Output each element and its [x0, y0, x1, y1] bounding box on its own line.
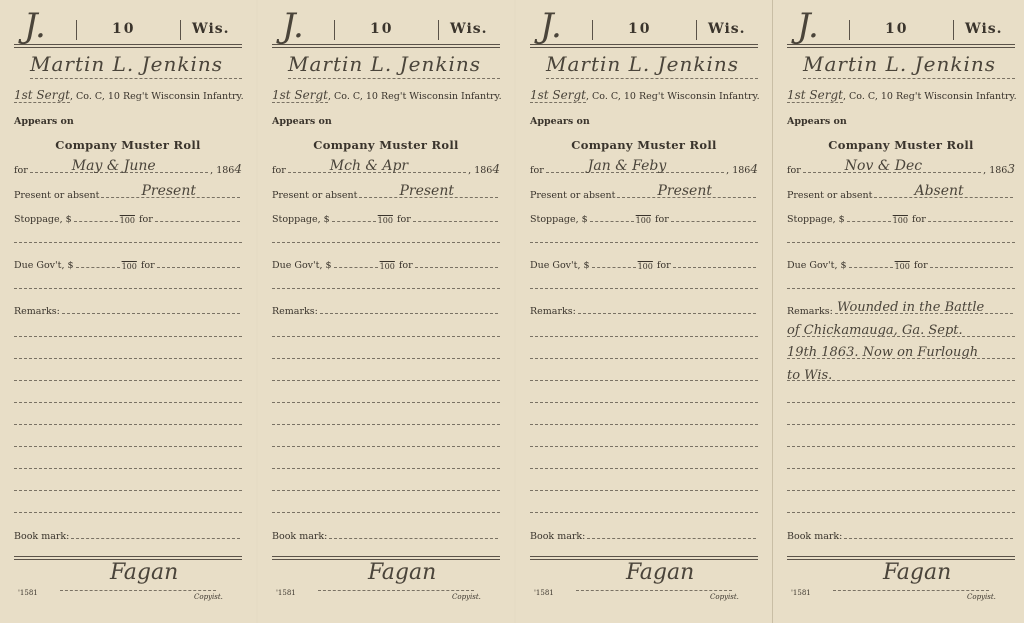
blank-line	[272, 424, 500, 425]
regiment-number: 10	[112, 21, 135, 37]
blank-line	[14, 424, 242, 425]
stoppage-label: Stoppage, $	[530, 214, 588, 225]
status-field: Present	[101, 183, 240, 198]
due-gov-label: Due Gov't, $	[14, 260, 74, 271]
muster-card: J. 10 Wis. Martin L. Jenkins 1st Sergt, …	[772, 0, 1024, 623]
period-line: for Nov & Dec , 1863	[787, 158, 1015, 176]
period-field: May & June	[30, 158, 208, 173]
remarks-label: Remarks:	[14, 306, 60, 317]
status-value: Present	[399, 183, 454, 199]
status-field: Present	[359, 183, 498, 198]
present-line: Present or absent Present	[530, 183, 758, 201]
for-label: for	[139, 214, 153, 225]
appears-on-label: Appears on	[530, 116, 590, 127]
regiment-number: 10	[885, 21, 908, 37]
appears-on-label: Appears on	[787, 116, 847, 127]
blank-line	[530, 490, 758, 491]
state-abbrev: Wis.	[965, 21, 1003, 37]
period-line: for May & June , 1864	[14, 158, 242, 176]
soldier-rank: 1st Sergt	[530, 88, 586, 103]
stoppage-line: Stoppage, $ 100 for	[14, 207, 242, 225]
muster-card: J. 10 Wis. Martin L. Jenkins 1st Sergt, …	[258, 0, 514, 623]
due-amount	[849, 257, 893, 268]
surname-initial: J.	[24, 6, 46, 46]
surname-initial: J.	[282, 6, 304, 46]
for-label: for	[655, 214, 669, 225]
blank-line	[530, 358, 758, 359]
year-field: , 1864	[210, 162, 242, 176]
due-amount	[592, 257, 636, 268]
blank-line	[272, 402, 500, 403]
roll-title: Company Muster Roll	[258, 138, 514, 152]
muster-roll-cards-sheet: J. 10 Wis. Martin L. Jenkins 1st Sergt, …	[0, 0, 1024, 623]
blank-line	[14, 288, 242, 289]
blank-line	[272, 468, 500, 469]
copyist-line	[576, 590, 732, 591]
appears-on-label: Appears on	[14, 116, 74, 127]
status-value: Present	[657, 183, 712, 199]
header-rule	[787, 44, 1015, 48]
year-digit: 4	[750, 162, 758, 176]
soldier-name: Martin L. Jenkins	[546, 52, 758, 79]
blank-line	[787, 288, 1015, 289]
copyist-label: Copyist.	[194, 593, 223, 601]
year-field: , 1864	[726, 162, 758, 176]
copyist-line	[833, 590, 989, 591]
blank-line	[272, 512, 500, 513]
header-divider	[334, 20, 335, 40]
period-value: Jan & Feby	[588, 158, 666, 174]
blank-line	[530, 468, 758, 469]
form-number: '1581	[18, 589, 38, 597]
unit-text: , Co. C, 10 Reg't Wisconsin Infantry.	[586, 91, 760, 102]
cents-mark: 100	[893, 216, 908, 225]
rank-unit-line: 1st Sergt, Co. C, 10 Reg't Wisconsin Inf…	[272, 88, 502, 102]
surname-initial: J.	[540, 6, 562, 46]
card-header: J. 10 Wis.	[787, 14, 1015, 44]
present-label: Present or absent	[530, 190, 615, 201]
unit-text: , Co. C, 10 Reg't Wisconsin Infantry.	[328, 91, 502, 102]
for-label: for	[912, 214, 926, 225]
remarks-handwriting: Wounded in the Battleof Chickamauga, Ga.…	[787, 297, 1017, 387]
blank-line	[14, 468, 242, 469]
cents-mark: 100	[120, 216, 135, 225]
blank-line	[272, 446, 500, 447]
remarks-line: Remarks:	[14, 299, 242, 317]
rank-unit-line: 1st Sergt, Co. C, 10 Reg't Wisconsin Inf…	[787, 88, 1017, 102]
blank-line	[787, 242, 1015, 243]
rank-unit-line: 1st Sergt, Co. C, 10 Reg't Wisconsin Inf…	[14, 88, 244, 102]
present-line: Present or absent Present	[14, 183, 242, 201]
card-header: J. 10 Wis.	[14, 14, 242, 44]
blank-line	[530, 446, 758, 447]
stoppage-amount	[332, 211, 376, 222]
rank-unit-line: 1st Sergt, Co. C, 10 Reg't Wisconsin Inf…	[530, 88, 760, 102]
for-label: for	[397, 214, 411, 225]
present-label: Present or absent	[272, 190, 357, 201]
status-value: Present	[141, 183, 196, 199]
form-number: '1581	[791, 589, 811, 597]
card-header: J. 10 Wis.	[272, 14, 500, 44]
remarks-label: Remarks:	[530, 306, 576, 317]
stoppage-reason	[155, 207, 240, 222]
bookmark-label: Book mark:	[272, 531, 327, 542]
year-field: , 1864	[468, 162, 500, 176]
blank-line	[787, 512, 1015, 513]
cents-mark: 100	[122, 262, 137, 271]
bookmark-line: Book mark:	[14, 524, 242, 542]
present-line: Present or absent Absent	[787, 183, 1015, 201]
due-reason	[415, 253, 498, 268]
soldier-name: Martin L. Jenkins	[30, 52, 242, 79]
bookmark-label: Book mark:	[14, 531, 69, 542]
blank-line	[787, 468, 1015, 469]
due-gov-line: Due Gov't, $ 100 for	[272, 253, 500, 271]
state-abbrev: Wis.	[192, 21, 230, 37]
for-label: for	[14, 165, 28, 176]
due-gov-line: Due Gov't, $ 100 for	[530, 253, 758, 271]
regiment-number: 10	[370, 21, 393, 37]
soldier-rank: 1st Sergt	[14, 88, 70, 103]
remarks-field	[578, 299, 756, 314]
blank-line	[530, 512, 758, 513]
for-label: for	[657, 260, 671, 271]
blank-line	[530, 336, 758, 337]
soldier-name: Martin L. Jenkins	[803, 52, 1015, 79]
copyist-line	[60, 590, 216, 591]
stoppage-line: Stoppage, $ 100 for	[787, 207, 1015, 225]
period-line: for Jan & Feby , 1864	[530, 158, 758, 176]
bookmark-field	[587, 524, 756, 539]
unit-text: , Co. C, 10 Reg't Wisconsin Infantry.	[70, 91, 244, 102]
blank-line	[14, 336, 242, 337]
status-value: Absent	[914, 183, 963, 199]
cents-mark: 100	[636, 216, 651, 225]
stoppage-amount	[847, 211, 891, 222]
for-label: for	[272, 165, 286, 176]
remarks-text-line: of Chickamauga, Ga. Sept.	[787, 320, 1017, 343]
copyist-signature: Fagan	[626, 560, 694, 585]
blank-line	[787, 402, 1015, 403]
blank-line	[272, 242, 500, 243]
due-amount	[76, 257, 120, 268]
copyist-label: Copyist.	[452, 593, 481, 601]
blank-line	[14, 490, 242, 491]
year-digit: 4	[234, 162, 242, 176]
roll-title: Company Muster Roll	[773, 138, 1024, 152]
appears-on-label: Appears on	[272, 116, 332, 127]
roll-title: Company Muster Roll	[516, 138, 772, 152]
surname-initial: J.	[797, 6, 819, 46]
header-divider	[76, 20, 77, 40]
stoppage-amount	[590, 211, 634, 222]
cents-mark: 100	[638, 262, 653, 271]
blank-line	[272, 336, 500, 337]
cents-mark: 100	[378, 216, 393, 225]
form-number: '1581	[534, 589, 554, 597]
header-divider	[696, 20, 697, 40]
header-divider	[438, 20, 439, 40]
copyist-label: Copyist.	[967, 593, 996, 601]
due-gov-line: Due Gov't, $ 100 for	[14, 253, 242, 271]
state-abbrev: Wis.	[708, 21, 746, 37]
blank-line	[530, 288, 758, 289]
blank-line	[787, 490, 1015, 491]
blank-line	[272, 380, 500, 381]
blank-line	[530, 402, 758, 403]
bookmark-line: Book mark:	[530, 524, 758, 542]
blank-line	[530, 380, 758, 381]
year-prefix: , 186	[983, 165, 1007, 176]
year-prefix: , 186	[468, 165, 492, 176]
blank-line	[787, 424, 1015, 425]
cents-mark: 100	[895, 262, 910, 271]
status-field: Present	[617, 183, 756, 198]
blank-line	[272, 288, 500, 289]
stoppage-label: Stoppage, $	[14, 214, 72, 225]
copyist-signature: Fagan	[368, 560, 436, 585]
header-rule	[272, 44, 500, 48]
header-rule	[530, 44, 758, 48]
copyist-label: Copyist.	[710, 593, 739, 601]
year-prefix: , 186	[726, 165, 750, 176]
due-gov-label: Due Gov't, $	[787, 260, 847, 271]
period-value: Mch & Apr	[330, 158, 408, 174]
soldier-rank: 1st Sergt	[787, 88, 843, 103]
blank-line	[14, 512, 242, 513]
header-divider	[849, 20, 850, 40]
stoppage-reason	[413, 207, 498, 222]
roll-title: Company Muster Roll	[0, 138, 256, 152]
period-value: Nov & Dec	[845, 158, 922, 174]
remarks-field	[62, 299, 240, 314]
year-prefix: , 186	[210, 165, 234, 176]
bookmark-line: Book mark:	[787, 524, 1015, 542]
header-divider	[180, 20, 181, 40]
stoppage-line: Stoppage, $ 100 for	[530, 207, 758, 225]
stoppage-line: Stoppage, $ 100 for	[272, 207, 500, 225]
cents-mark: 100	[380, 262, 395, 271]
blank-line	[14, 446, 242, 447]
due-reason	[930, 253, 1013, 268]
muster-card: J. 10 Wis. Martin L. Jenkins 1st Sergt, …	[0, 0, 256, 623]
soldier-name: Martin L. Jenkins	[288, 52, 500, 79]
period-field: Jan & Feby	[546, 158, 724, 173]
remarks-text-line: 19th 1863. Now on Furlough	[787, 342, 1017, 365]
blank-line	[272, 358, 500, 359]
year-digit: 3	[1007, 162, 1015, 176]
bookmark-field	[329, 524, 498, 539]
blank-line	[530, 242, 758, 243]
blank-line	[14, 402, 242, 403]
present-line: Present or absent Present	[272, 183, 500, 201]
year-field: , 1863	[983, 162, 1015, 176]
due-gov-label: Due Gov't, $	[530, 260, 590, 271]
unit-text: , Co. C, 10 Reg't Wisconsin Infantry.	[843, 91, 1017, 102]
remarks-label: Remarks:	[272, 306, 318, 317]
period-value: May & June	[72, 158, 156, 174]
blank-line	[530, 424, 758, 425]
for-label: for	[914, 260, 928, 271]
due-gov-label: Due Gov't, $	[272, 260, 332, 271]
blank-line	[787, 446, 1015, 447]
header-divider	[592, 20, 593, 40]
copyist-signature: Fagan	[883, 560, 951, 585]
form-number: '1581	[276, 589, 296, 597]
copyist-line	[318, 590, 474, 591]
due-gov-line: Due Gov't, $ 100 for	[787, 253, 1015, 271]
remarks-text-line: Wounded in the Battle	[787, 297, 1017, 320]
regiment-number: 10	[628, 21, 651, 37]
stoppage-amount	[74, 211, 118, 222]
for-label: for	[141, 260, 155, 271]
bookmark-line: Book mark:	[272, 524, 500, 542]
year-digit: 4	[492, 162, 500, 176]
stoppage-label: Stoppage, $	[787, 214, 845, 225]
blank-line	[14, 358, 242, 359]
due-amount	[334, 257, 378, 268]
copyist-signature: Fagan	[110, 560, 178, 585]
remarks-line: Remarks:	[272, 299, 500, 317]
bookmark-field	[71, 524, 240, 539]
remarks-field	[320, 299, 498, 314]
stoppage-reason	[928, 207, 1013, 222]
stoppage-label: Stoppage, $	[272, 214, 330, 225]
muster-card: J. 10 Wis. Martin L. Jenkins 1st Sergt, …	[516, 0, 772, 623]
header-divider	[953, 20, 954, 40]
bookmark-label: Book mark:	[787, 531, 842, 542]
for-label: for	[787, 165, 801, 176]
blank-line	[14, 380, 242, 381]
blank-line	[14, 242, 242, 243]
remarks-line: Remarks:	[530, 299, 758, 317]
card-header: J. 10 Wis.	[530, 14, 758, 44]
for-label: for	[399, 260, 413, 271]
due-reason	[673, 253, 756, 268]
state-abbrev: Wis.	[450, 21, 488, 37]
present-label: Present or absent	[787, 190, 872, 201]
blank-line	[272, 490, 500, 491]
remarks-text-line: to Wis.	[787, 365, 1017, 388]
present-label: Present or absent	[14, 190, 99, 201]
bookmark-label: Book mark:	[530, 531, 585, 542]
status-field: Absent	[874, 183, 1013, 198]
for-label: for	[530, 165, 544, 176]
soldier-rank: 1st Sergt	[272, 88, 328, 103]
bookmark-field	[844, 524, 1013, 539]
period-field: Mch & Apr	[288, 158, 466, 173]
header-rule	[14, 44, 242, 48]
period-field: Nov & Dec	[803, 158, 981, 173]
stoppage-reason	[671, 207, 756, 222]
period-line: for Mch & Apr , 1864	[272, 158, 500, 176]
due-reason	[157, 253, 240, 268]
